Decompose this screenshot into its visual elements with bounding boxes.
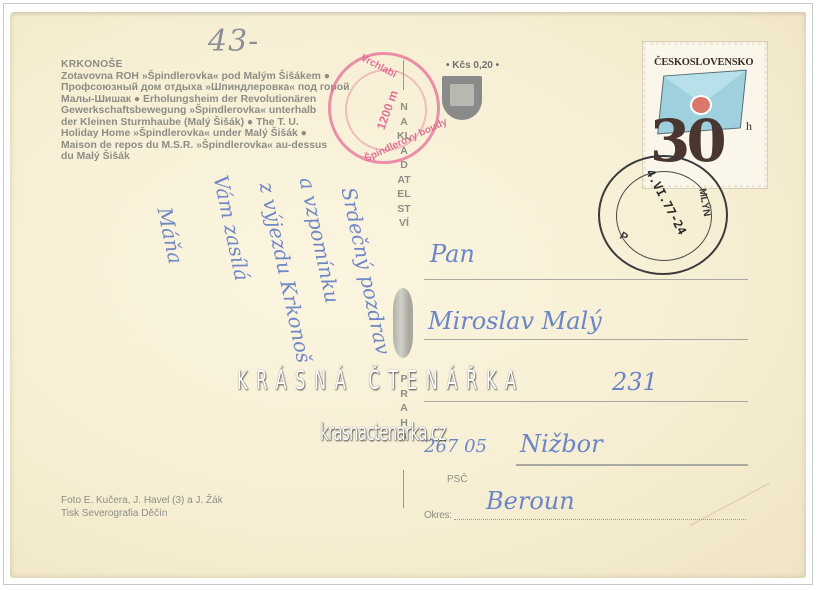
center-divider-bottom [403,470,404,508]
address-district: Beroun [486,487,575,515]
card-edge [10,12,806,16]
handwritten-message: Srdečný pozdrav a vzpomínku z výjezdu Kr… [150,185,380,505]
caption-title: KRKONOŠE [61,59,381,71]
message-signature: Máňa [153,205,188,266]
shield-icon [442,76,482,120]
district-dotted-line [454,519,746,520]
district-label: Okres: [424,510,452,521]
address-street: 231 [612,368,658,396]
psc-label: PSČ [447,474,468,485]
print-credit: Tisk Severografia Děčín [61,507,223,520]
message-line: Vám zasílá [209,173,255,283]
address-line-1 [424,279,748,280]
caption-line: du Malý Šišák [61,151,381,163]
emblem-price: • Kčs 0,20 • [446,60,499,71]
center-divider-top [403,60,404,90]
address-line-4 [516,464,748,466]
postage-emblem: • Kčs 0,20 • [432,60,498,130]
address-name: Miroslav Malý [428,307,602,335]
publisher-logo-icon [393,288,413,358]
caption-line: Maison de repos du M.S.R. »Špindlerovka«… [61,140,381,152]
address-salutation: Pan [430,240,475,268]
archive-number: 43- [208,24,259,59]
red-cachet-stamp: Vrchlabí 1200 m Špindlerovy boudy [328,52,440,164]
address-town: Nižbor [520,430,603,458]
address-line-2 [424,339,748,340]
publisher-name: NAKLADATELSTVÍ [397,100,411,231]
address-line-3 [424,401,748,402]
watermark-url: krasnactenarka.cz [320,418,446,446]
postmark-cancellation: 4.VI.77-24 MLÝN P [598,155,728,275]
watermark-title: KRÁSNÁ ČTENÁŘKA [237,366,525,396]
caption-line: Zotavovna ROH »Špindlerovka« pod Malým Š… [61,71,381,83]
stamp-unit: h [746,119,752,134]
publisher-vertical-text: NAKLADATELSTVÍ [397,100,411,231]
stamp-country: ČESKOSLOVENSKO [654,57,753,68]
